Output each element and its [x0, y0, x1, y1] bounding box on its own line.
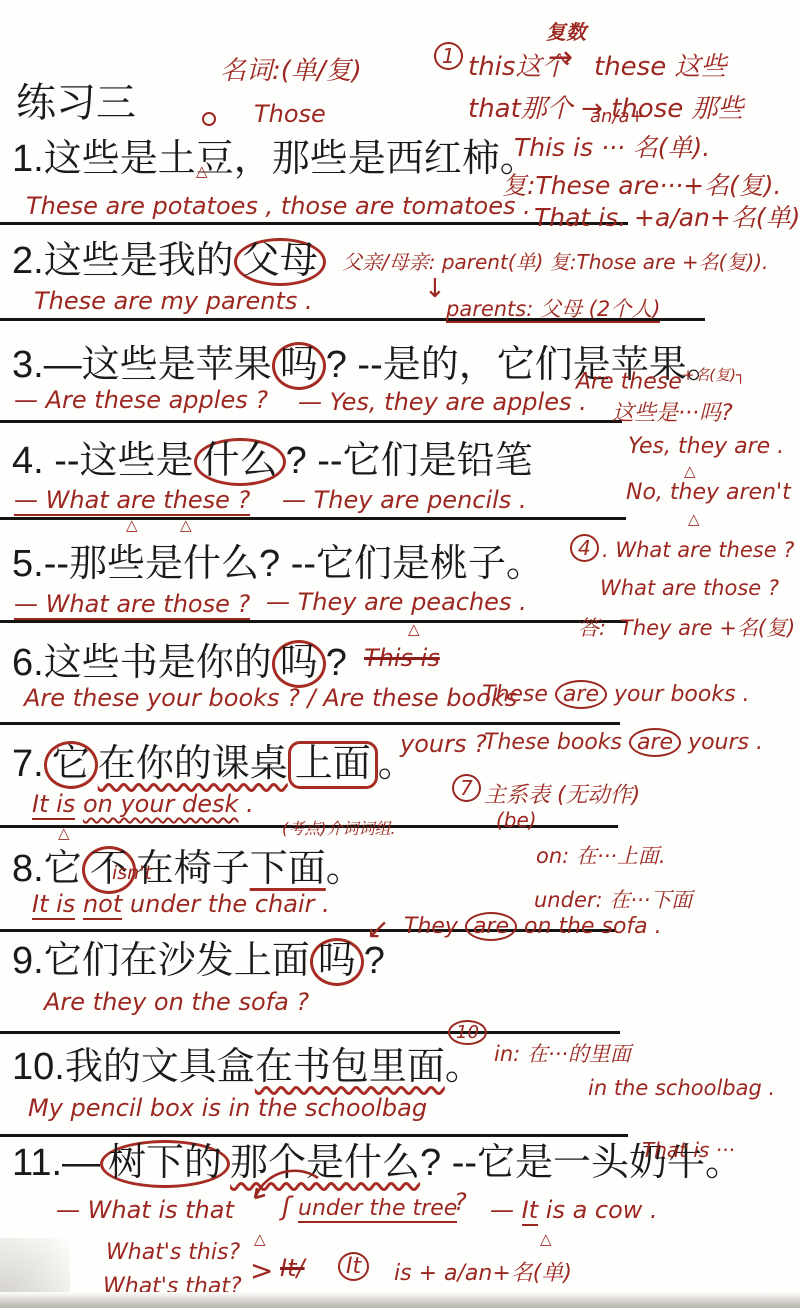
- note-they: They: [404, 914, 458, 939]
- question-7-text: 7.它在你的课桌上面。: [12, 741, 416, 789]
- circled-number-1: 1: [434, 42, 463, 70]
- circled-word-ma-q3: 吗: [272, 342, 326, 390]
- note-they-are-pattern: They are +名(复): [620, 612, 795, 642]
- rule-note-1-number: 1: [434, 42, 463, 70]
- ruled-line-5: [0, 620, 628, 623]
- down-arrow-icon: ↓: [424, 274, 446, 304]
- question-7-num: 7.: [12, 743, 44, 785]
- question-2-pre: 2.这些是我的: [12, 240, 234, 282]
- answer-7-it-is: It is: [32, 790, 75, 820]
- triangle-mark: △: [688, 510, 700, 528]
- circled-word-parents-cn: 父母: [234, 238, 326, 286]
- triangle-mark: △: [254, 1230, 266, 1248]
- triangle-mark: △: [126, 516, 138, 534]
- note-what-are-those: What are those ?: [600, 576, 779, 600]
- question-10-text: 10.我的文具盒在书包里面。: [12, 1044, 483, 1092]
- note-those-above-q1: Those: [254, 100, 326, 128]
- answer-7: It is on your desk .: [32, 790, 254, 818]
- answer-5-reply: — They are peaches .: [266, 588, 527, 616]
- note-that-is: That is ···: [642, 1138, 735, 1162]
- note-these-books: These books: [484, 730, 622, 755]
- note-parents-meaning: parents: 父母 (2个人): [446, 293, 660, 323]
- answer-4-reply: — They are pencils .: [282, 486, 527, 514]
- question-6-pre: 6.这些书是你的: [12, 642, 272, 684]
- exercise-title: 练习三: [16, 78, 136, 128]
- answer-8-it-is: It is: [32, 890, 75, 920]
- answer-11-insert-text: under the tree: [298, 1196, 457, 1223]
- question-8-mid: 在椅子: [136, 848, 250, 890]
- scan-bottom-shadow: [0, 1292, 800, 1308]
- note-10-number: 10: [448, 1020, 487, 1045]
- note-exam-point-preposition: (考点)介词词组.: [282, 816, 396, 839]
- answer-11-insert-under-the-tree: under the tree: [298, 1196, 457, 1221]
- note-answer-label: 答:: [578, 612, 606, 642]
- greater-than-mark: >: [250, 1254, 273, 1287]
- correction-ring-q1: [202, 112, 216, 126]
- note-these-books-are-yours: These booksareyours .: [484, 728, 763, 757]
- triangle-mark: △: [180, 516, 192, 534]
- circled-under-tree-cn: 树下的: [100, 1140, 230, 1188]
- answer-4-question-text: — What are these ?: [14, 486, 250, 516]
- note-yes-they-are: Yes, they are .: [628, 434, 784, 459]
- question-11-text: 11.—树下的那个是什么? --它是一头奶牛。: [12, 1140, 743, 1188]
- underlined-in-schoolbag-cn: 在书包里面: [255, 1046, 445, 1088]
- circled-word-ma-q9: 吗: [310, 938, 364, 986]
- circled-word-what-cn: 什么: [194, 438, 286, 486]
- circled-are: are: [629, 728, 681, 757]
- answer-3-reply: — Yes, they are apples .: [298, 388, 587, 416]
- crossed-out-it: It/: [280, 1254, 305, 1282]
- question-4-post: ? --它们是铅笔: [286, 440, 533, 482]
- underlined-word-under-cn: 下面: [250, 848, 326, 890]
- question-3-pre: 3.—这些是苹果: [12, 344, 272, 386]
- answer-6-line1: Are these your books ? / Are these books: [24, 684, 517, 712]
- answer-1: These are potatoes , those are tomatoes …: [26, 192, 531, 220]
- sw-arrow-icon: ↙: [366, 912, 389, 945]
- note-parents-meaning-text: parents: 父母 (2个人): [446, 297, 660, 323]
- note-they-are-on-the-sofa: Theyareon the sofa .: [404, 912, 662, 941]
- note-zhexie-shi-ma: 这些是···吗?: [612, 396, 733, 427]
- question-10-end: 。: [445, 1046, 483, 1088]
- rule-note-these-are: 复:These are···+名(复).: [502, 166, 782, 202]
- question-8-pre: 8.它: [12, 848, 82, 890]
- answer-7-on-your-desk: on your desk: [83, 790, 239, 818]
- ruled-line-10: [0, 1134, 628, 1137]
- note-yours: yours .: [688, 730, 763, 755]
- boxed-word-on-top-cn: 上面: [288, 741, 378, 789]
- question-6-text: 6.这些书是你的吗?: [12, 640, 347, 688]
- answer-5-question-text: — What are those ?: [14, 590, 250, 620]
- answer-8-rest: under the chair .: [130, 890, 330, 918]
- answer-2: These are my parents .: [34, 287, 313, 315]
- note-parent-singular-plural: 父亲/母亲: parent(单) 复:Those are +名(复)).: [342, 246, 768, 275]
- answer-3-question: — Are these apples ?: [14, 386, 268, 414]
- answer-4-question: — What are these ?: [14, 486, 250, 514]
- note-it-circled: It: [338, 1252, 369, 1281]
- rule-note-this-these-right: these 这些: [594, 46, 726, 83]
- circled-it: It: [338, 1252, 369, 1281]
- answer-11-it: It: [522, 1196, 539, 1226]
- answer-11-question-mark: ?: [454, 1188, 467, 1216]
- question-9-text: 9.它们在沙发上面吗?: [12, 938, 385, 986]
- circled-number-4: 4: [570, 534, 599, 562]
- note-4-number: 4: [570, 534, 599, 562]
- answer-9: Are they on the sofa ?: [44, 988, 309, 1016]
- note-are-these-pattern: Are these+名(复)┐: [576, 364, 745, 394]
- answer-10: My pencil box is in the schoolbag: [28, 1094, 427, 1122]
- question-1-text: 1.这些是土豆，那些是西红柿。: [12, 136, 538, 184]
- circled-number-10: 10: [448, 1020, 487, 1045]
- question-7-end: 。: [378, 743, 416, 785]
- note-under-meaning: under: 在···下面: [534, 884, 692, 914]
- circled-word-ma-q6: 吗: [272, 640, 326, 688]
- question-5-text: 5.--那些是什么? --它们是桃子。: [12, 541, 544, 589]
- note-on-the-sofa: on the sofa .: [524, 914, 662, 939]
- rule-note-this-is: This is ··· 名(单).: [514, 128, 710, 164]
- note-be: (be): [496, 808, 537, 832]
- question-9-pre: 9.它们在沙发上面: [12, 940, 310, 982]
- note-these-are-your-books: Theseareyour books .: [482, 680, 750, 709]
- triangle-mark: △: [408, 620, 420, 638]
- note-in-meaning: in: 在···的里面: [494, 1038, 631, 1068]
- note-your-books: your books .: [614, 682, 750, 707]
- arrow-icon: →: [548, 40, 573, 75]
- circled-number-7: 7: [452, 774, 481, 802]
- answer-11-question: — What is that: [56, 1196, 234, 1224]
- scanned-worksheet-page: 练习三 名词:(单/复) Those 1 this这个 复数 → these 这…: [0, 0, 800, 1308]
- answer-11-dash: —: [490, 1196, 514, 1224]
- circled-are: are: [465, 912, 517, 941]
- question-10-pre: 10.我的文具盒: [12, 1046, 255, 1088]
- circled-are: are: [555, 680, 607, 709]
- answer-5-question: — What are those ?: [14, 590, 250, 618]
- rule-note-an-a-sup: an/a+: [590, 106, 645, 127]
- squiggle-mark: ʃ: [282, 1192, 291, 1222]
- note-on-meaning: on: 在···上面.: [536, 840, 666, 870]
- ruled-line-3: [0, 420, 622, 423]
- question-2-text: 2.这些是我的父母: [12, 238, 326, 286]
- triangle-mark: △: [58, 824, 70, 842]
- note-7-number: 7: [452, 774, 481, 802]
- rule-note-that-is: That is. +a/an+名(单): [534, 198, 800, 234]
- question-11-pre: 11.—: [12, 1142, 100, 1184]
- triangle-mark: △: [540, 1230, 552, 1248]
- answer-11-reply: — It is a cow .: [490, 1196, 658, 1224]
- note-noun-singular-plural: 名词:(单/复): [220, 50, 362, 87]
- circled-word-it-cn: 它: [44, 741, 98, 789]
- note-these: These: [482, 682, 548, 707]
- note-what-are-these: . What are these ?: [602, 538, 794, 562]
- question-6-post: ?: [326, 642, 347, 684]
- question-4-text: 4. --这些是什么? --它们是铅笔: [12, 438, 533, 486]
- question-4-pre: 4. --这些是: [12, 440, 194, 482]
- note-no-they-arent: No, they aren't: [626, 480, 791, 505]
- question-7-mid: 在你的课桌: [98, 743, 288, 785]
- note-whats-this: What's this?: [106, 1240, 240, 1265]
- question-8-end: 。: [326, 848, 364, 890]
- answer-8-isnt-above: isn't: [112, 862, 152, 884]
- answer-11-rest: is a cow .: [546, 1196, 658, 1224]
- note-are-these: Are these: [576, 369, 682, 394]
- answer-8-not: not: [83, 890, 122, 920]
- ruled-line-4: [0, 517, 626, 520]
- question-9-post: ?: [364, 940, 385, 982]
- question-8-text: 8.它不在椅子下面。: [12, 846, 364, 894]
- crossed-out-this-is: This is: [364, 644, 440, 672]
- triangle-mark: △: [684, 462, 696, 480]
- note-in-the-schoolbag: in the schoolbag .: [588, 1076, 775, 1100]
- answer-7-period: .: [246, 790, 254, 818]
- note-it-is-pattern: is + a/an+名(单): [394, 1256, 572, 1287]
- triangle-mark: △: [196, 162, 208, 180]
- ruled-line-9: [0, 1031, 620, 1034]
- note-linking-verb: 主系表 (无动作): [484, 778, 640, 809]
- ruled-line-6: [0, 722, 620, 725]
- note-are-these-sup: +名(复)┐: [682, 366, 745, 384]
- answer-8: It is not under the chair .: [32, 890, 330, 918]
